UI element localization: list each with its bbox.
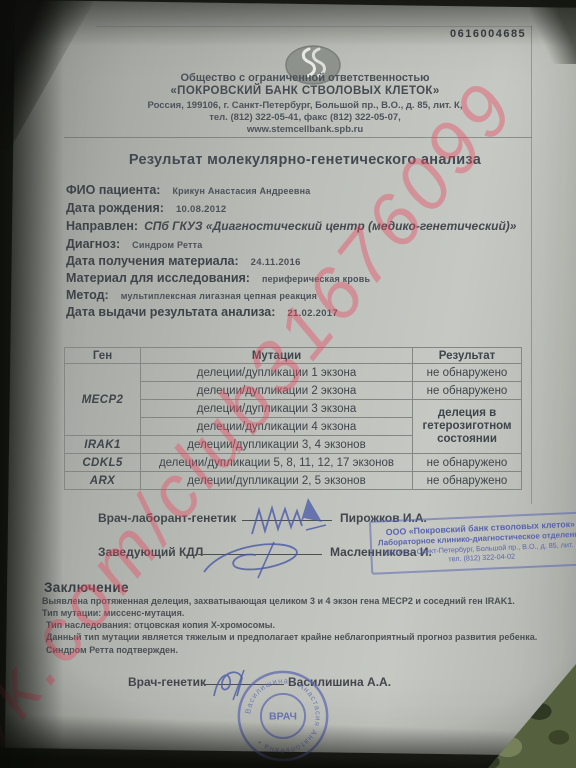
gene-cell: ARX	[65, 472, 141, 490]
field-label: Диагноз:	[66, 237, 120, 251]
field-label: Дата получения материала:	[66, 254, 239, 268]
org-website: www.stemcellbank.spb.ru	[70, 124, 540, 135]
frame-border-top	[96, 26, 532, 27]
field-value: 21.02.2017	[287, 308, 338, 319]
mutation-cell: делеции/дупликации 4 экзона	[141, 418, 413, 436]
results-table: Ген Мутации Результат MECP2 делеции/дупл…	[64, 347, 522, 490]
ink-signature-2	[198, 536, 314, 584]
stamp-center-text: ВРАЧ	[269, 710, 297, 722]
field-value: 24.11.2016	[251, 257, 301, 268]
signature-role-lab-geneticist: Врач-лаборант-генетик	[98, 511, 236, 525]
field-value: мультиплексная лигазная цепная реакция	[121, 291, 317, 301]
field-value: Крикун Анастасия Андреевна	[172, 186, 310, 196]
photo-of-document: 0616004685 Общество с ограниченной ответ…	[0, 0, 576, 768]
org-address: Россия, 199106, г. Санкт-Петербург, Боль…	[70, 100, 540, 111]
signature-role-kdl-head: Заведующий КДЛ	[98, 545, 203, 559]
field-material-type: Материал для исследования:периферическая…	[66, 269, 370, 287]
mutation-cell: делеции/дупликации 1 экзона	[141, 364, 413, 382]
field-value: 10.08.2012	[176, 204, 227, 215]
org-phone-fax: тел. (812) 322-05-41, факс (812) 322-05-…	[70, 112, 540, 123]
field-referred-by: Направлен:СПб ГКУЗ «Диагностический цент…	[66, 217, 516, 235]
mutation-cell: делеции/дупликации 5, 8, 11, 12, 17 экзо…	[141, 454, 413, 472]
field-label: Направлен:	[66, 219, 138, 233]
field-patient-name: ФИО пациента:Крикун Анастасия Андреевна	[66, 181, 310, 199]
field-label: ФИО пациента:	[66, 183, 160, 197]
result-cell: не обнаружено	[413, 472, 522, 490]
col-header-result: Результат	[413, 348, 522, 364]
mutation-cell: делеции/дупликации 3, 4 экзонов	[141, 436, 413, 454]
gene-cell: CDKL5	[65, 454, 141, 472]
table-row: CDKL5 делеции/дупликации 5, 8, 11, 12, 1…	[65, 454, 522, 472]
mutation-cell: делеции/дупликации 3 экзона	[141, 400, 413, 418]
table-header-row: Ген Мутации Результат	[65, 348, 522, 364]
field-birth-date: Дата рождения:10.08.2012	[66, 199, 227, 217]
field-value: СПб ГКУЗ «Диагностический центр (медико-…	[144, 219, 516, 233]
header-divider	[64, 137, 532, 138]
lab-department-stamp: ООО «Покровский банк стволовых клеток» Л…	[369, 511, 576, 574]
conclusion-line: Данный тип мутации является тяжелым и пр…	[46, 632, 570, 644]
field-label: Метод:	[66, 288, 109, 302]
col-header-mutations: Мутации	[141, 348, 413, 364]
field-material-received: Дата получения материала:24.11.2016	[66, 252, 301, 270]
result-cell: не обнаружено	[413, 364, 522, 382]
org-name: «ПОКРОВСКИЙ БАНК СТВОЛОВЫХ КЛЕТОК»	[70, 85, 540, 97]
conclusion-line: Тип наследования: отцовская копия Х-хром…	[46, 620, 570, 632]
field-result-issue-date: Дата выдачи результата анализа:21.02.201…	[66, 303, 338, 321]
org-type: Общество с ограниченной ответственностью	[70, 72, 540, 84]
mutation-cell: делеции/дупликации 2 экзона	[141, 382, 413, 400]
result-cell: не обнаружено	[413, 454, 522, 472]
document-number: 0616004685	[450, 28, 526, 40]
field-value: периферическая кровь	[262, 274, 370, 284]
signature-role-geneticist: Врач-генетик	[128, 675, 206, 689]
doctor-round-stamp: Василишина • Анастасия Анатольевна • ВРА…	[235, 668, 331, 764]
mutation-cell: делеции/дупликации 2, 5 экзонов	[141, 472, 413, 490]
gene-cell: IRAK1	[65, 436, 141, 454]
conclusion-heading: Заключение	[44, 580, 129, 595]
result-cell-merged: делеция в гетерозиготном состоянии	[413, 400, 522, 454]
conclusion-line: Синдром Ретта подтвержден.	[46, 645, 570, 657]
table-row: MECP2 делеции/дупликации 1 экзона не обн…	[65, 364, 522, 382]
field-label: Дата выдачи результата анализа:	[66, 305, 275, 319]
field-method: Метод:мультиплексная лигазная цепная реа…	[66, 286, 317, 304]
field-value: Синдром Ретта	[132, 240, 202, 250]
field-diagnosis: Диагноз:Синдром Ретта	[66, 235, 202, 253]
conclusion-text: Выявлена протяженная делеция, захватываю…	[42, 596, 570, 657]
field-label: Материал для исследования:	[66, 271, 250, 285]
conclusion-line: Тип мутации: миссенс-мутация.	[42, 608, 570, 620]
conclusion-line: Выявлена протяженная делеция, захватываю…	[42, 596, 570, 608]
table-row: ARX делеции/дупликации 2, 5 экзонов не о…	[65, 472, 522, 490]
col-header-gene: Ген	[65, 348, 141, 364]
frame-border-right	[531, 26, 532, 504]
page-title: Результат молекулярно-генетического анал…	[70, 152, 540, 168]
result-cell: не обнаружено	[413, 382, 522, 400]
field-label: Дата рождения:	[66, 201, 164, 215]
gene-cell: MECP2	[65, 364, 141, 436]
